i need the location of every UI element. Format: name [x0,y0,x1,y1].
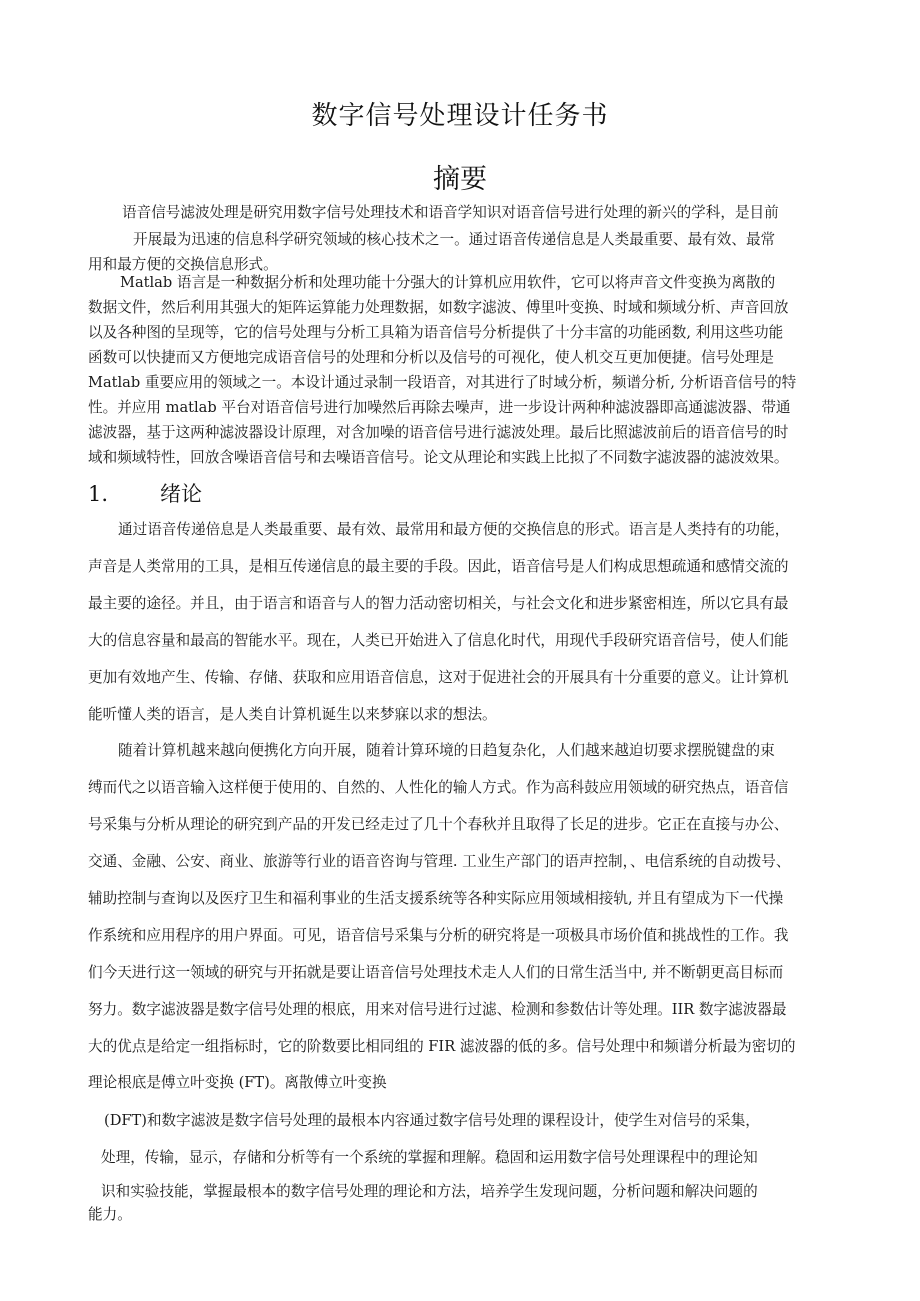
text-line: Matlab 语言是一种数据分析和处理功能十分强大的计算机应用软件，它可以将声音… [120,271,775,292]
abstract-heading: 摘要 [0,157,920,196]
text-line: 滤波器，基于这两种滤波器设计原理，对含加噪的语音信号进行滤波处理。最后比照滤波前… [88,421,789,442]
text-line: 性。并应用 matlab 平台对语音信号进行加噪然后再除去噪声，进一步设计两种种… [88,396,791,417]
text-line: 声音是人类常用的工具，是相互传递信息的最主要的手段。因此，语音信号是人们构成思想… [88,555,789,576]
text-line: (DFT)和数字滤波是数字信号处理的最根本内容通过数字信号处理的课程设计，使学生… [104,1109,760,1130]
text-line: 通过语音传递倍息是人类最重要、最有效、最常用和最方便的交换信息的形式。语言是人类… [118,518,789,539]
section-number: 1. [88,482,160,506]
text-line: 最主要的途径。并且，由于语言和语音与人的智力活动密切相关，与社会文化和进步紧密相… [88,592,789,613]
text-line: 作系统和应用程序的用户界面。可见，语音信号采集与分析的研究将是一项极具市场价值和… [88,924,789,945]
text-line: 函数可以快捷而又方便地完成语音信号的处理和分析以及信号的可视化，使人机交互更加便… [88,346,774,367]
text-line: 数据文件，然后利用其强大的矩阵运算能力处理数据，如数字滤波、傅里叶变换、时域和频… [88,296,789,317]
text-line: 辅助控制与查询以及医疗卫生和福利事业的生活支援系统等各种实际应用领域相接轨, 并… [88,887,783,908]
text-line: 开展最为迅速的信息科学研究领域的核心技术之一。通过语音传递信息是人类最重要、最有… [133,228,775,249]
text-line: 处理，传输，显示，存储和分析等有一个系统的掌握和理解。稳固和运用数字信号处理课程… [101,1146,758,1167]
text-line: 能听懂人类的语言，是人类自计算机诞生以来梦寐以求的想法。 [88,703,497,724]
text-line: 以及各种图的呈现等，它的信号处理与分析工具箱为语音信号分析提供了十分丰富的功能函… [88,321,783,342]
text-line: Matlab 重要应用的领域之一。本设计通过录制一段语音，对其进行了时域分析，频… [88,371,796,392]
text-line: 努力。数字滤波器是数字信号处理的根底，用来对信号进行过滤、检测和参数估计等处理。… [88,998,786,1019]
document-title: 数字信号处理设计任务书 [0,95,920,132]
text-line: 交通、金融、公安、商业、旅游等行业的语音咨询与管理. 工业生产部门的语声控制，、… [88,850,790,871]
text-line: 能力。 [88,1203,132,1224]
text-line: 号采集与分析从理论的研究到产品的开发已经走过了几十个春秋并且取得了长足的进步。它… [88,813,789,834]
text-line: 缚而代之以语音输入这样便于使用的、自然的、人性化的输人方式。作为高科鼓应用领域的… [88,776,789,797]
text-line: 大的信息容量和最高的智能水平。现在，人类已开始进入了信息化时代，用现代手段研究语… [88,629,789,650]
text-line: 语音信号滤波处理是研究用数字信号处理技术和语音学知识对语音信号进行处理的新兴的学… [122,201,779,222]
text-line: 们今天进行这一领域的研究与开拓就是要让语音信号处理技术走人人们的日常生活当中, … [88,961,783,982]
text-line: 大的优点是给定一组指标时，它的阶数要比相同组的 FIR 滤波器的低的多。信号处理… [88,1035,795,1056]
text-line: 随着计算机越来越向便携化方向开展，随着计算环境的日趋复杂化，人们越来越迫切要求摆… [118,739,775,760]
section-title: 绪论 [160,482,202,506]
section-heading: 1.绪论 [88,478,202,508]
text-line: 域和频域特性，回放含噪语音信号和去噪语音信号。论文从理论和实践上比拟了不同数字滤… [88,446,789,467]
document-page: 数字信号处理设计任务书 摘要 语音信号滤波处理是研究用数字信号处理技术和语音学知… [0,0,920,1301]
text-line: 理论根底是傅立叶变换 (FT)。离散傅立叶变换 [88,1071,387,1092]
text-line: 识和实验技能，掌握最根本的数字信号处理的理论和方法，培养学生发现问题，分析问题和… [101,1180,758,1201]
text-line: 更加有效地产生、传输、存储、获取和应用语音信息，这对于促进社会的开展具有十分重要… [88,666,789,687]
